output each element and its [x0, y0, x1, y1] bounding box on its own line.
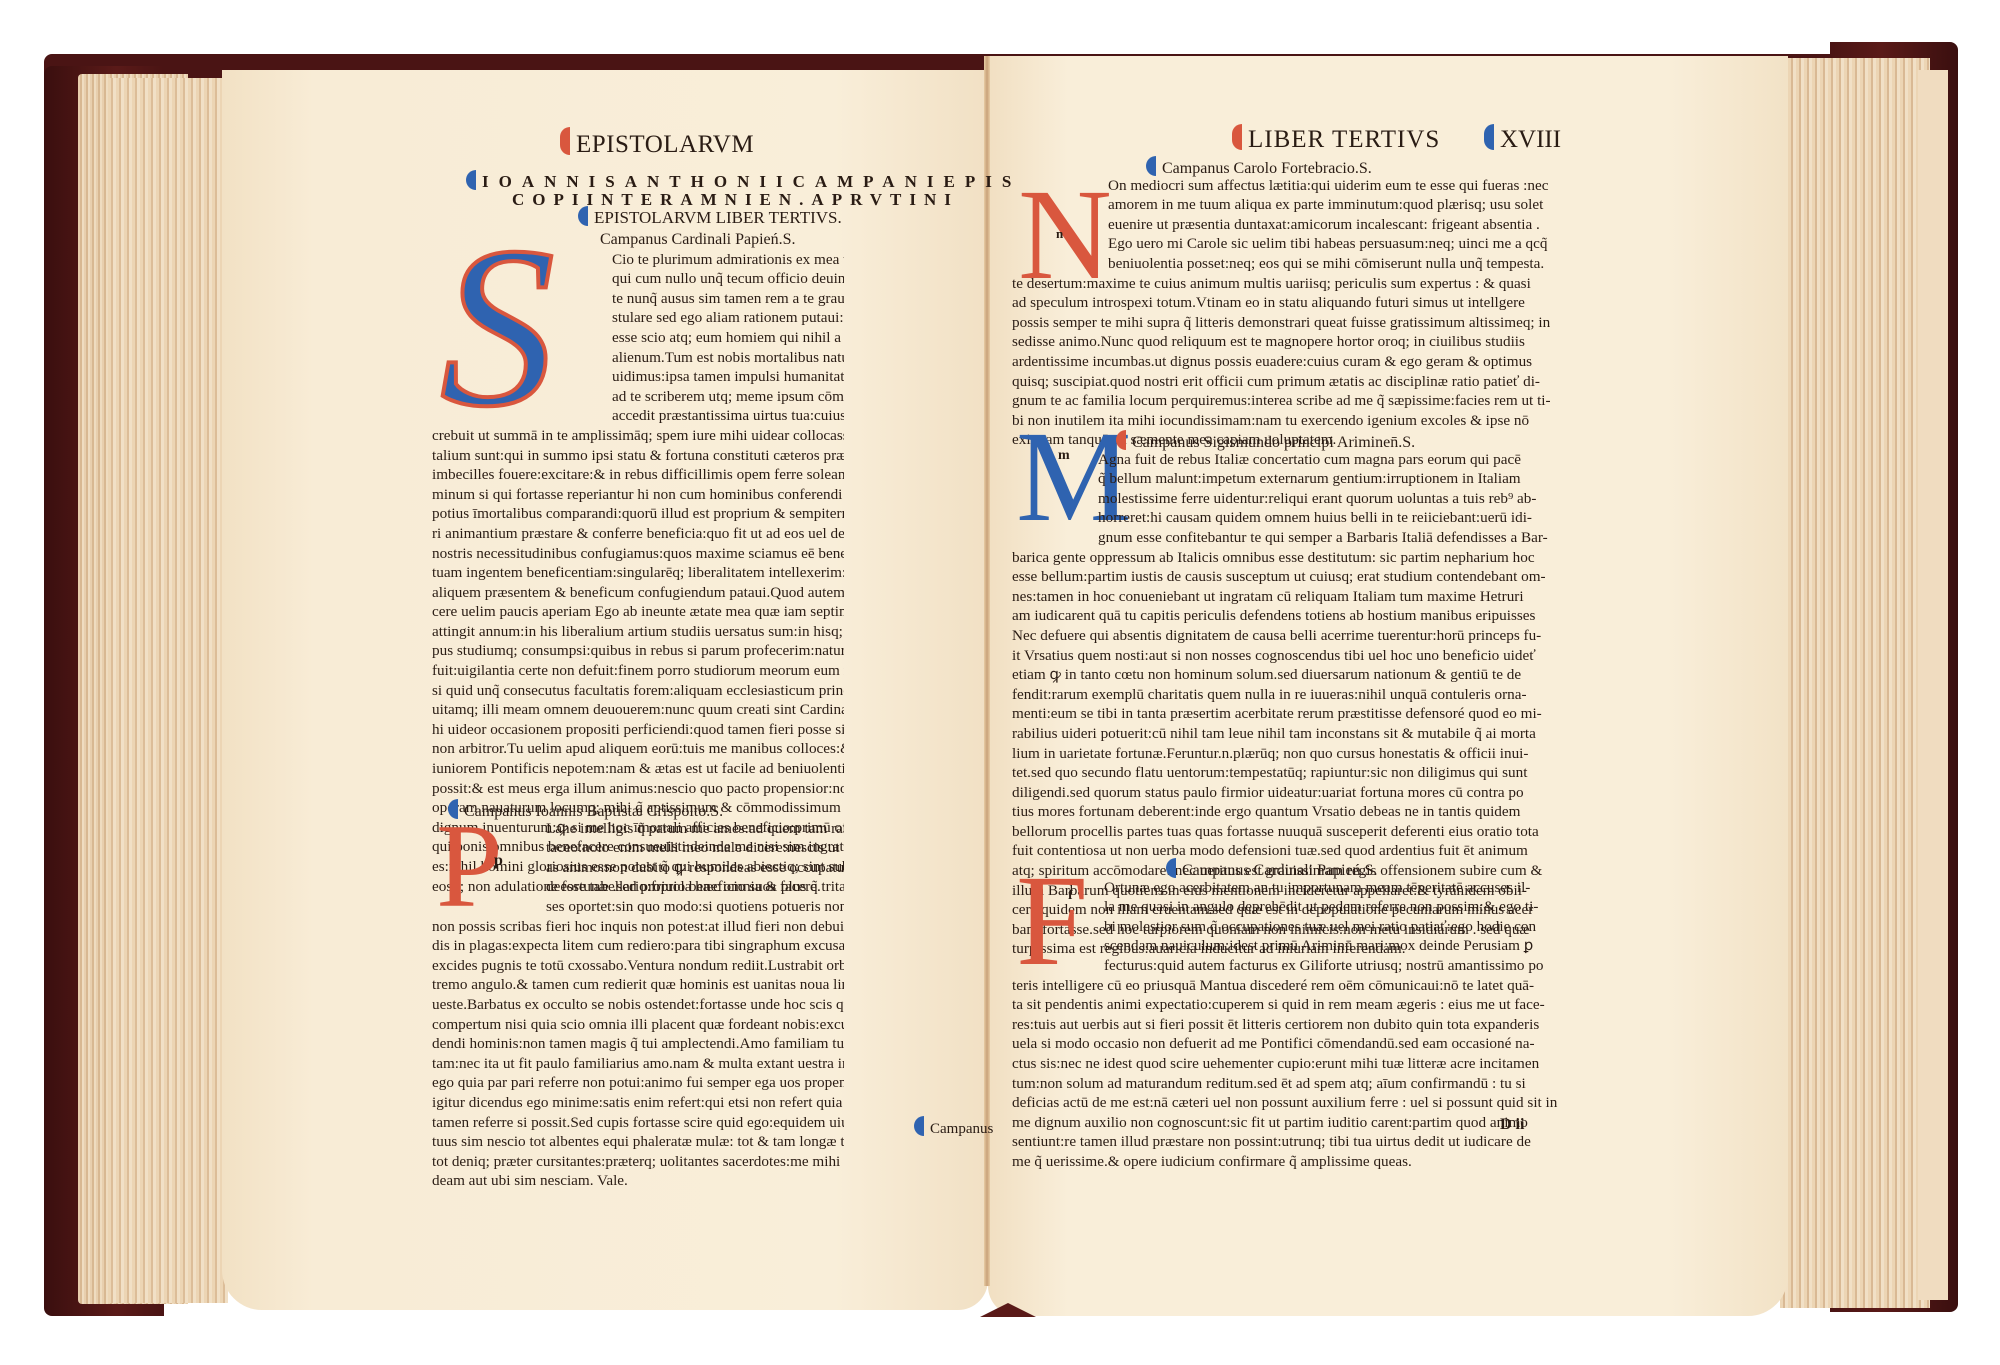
blue-paragraph-mark-icon: [578, 206, 588, 226]
text-line: pus studiumq; consumpsi:quibus in rebus …: [432, 641, 844, 661]
text-line: ctus sis:nec ne idest quod scire uehemen…: [1012, 1054, 1568, 1074]
text-line: lium in uarietate fortunæ.Feruntur.n.plæ…: [1012, 744, 1568, 764]
text-line: ueste.Barbatus ex occulto se nobis osten…: [432, 995, 844, 1015]
text-line: potius īmortalibus comparandi:quorū illu…: [432, 504, 844, 524]
blue-paragraph-mark-icon: [1166, 858, 1176, 878]
letter-heading: Campanus Ioannis Baptistæ Crispolto.S.: [432, 799, 844, 819]
text-line: res:tuis aut uerbis aut si fieri possit …: [1012, 1015, 1568, 1035]
text-line: am iudicarent quā tu capitis periculis d…: [1012, 606, 1568, 626]
text-line: deesse tabellario:friuola hæc omnia & pl…: [432, 877, 844, 897]
red-paragraph-mark-icon: [560, 127, 570, 155]
text-line: bi molestior sum q̃ occupationes tuæ.uel…: [1012, 917, 1568, 937]
blue-paragraph-mark-icon: [448, 799, 458, 819]
text-line: te nunq̃ ausus sim tamen rem a te grauem…: [432, 289, 844, 309]
text-line: minum si qui fortasse reperiantur hi non…: [432, 485, 844, 505]
text-line: attingit annum:in his liberalium artium …: [432, 622, 844, 642]
right-page-block-fore-edge: [1780, 58, 1930, 1308]
letter-heading: Campanus Cardinali Papień.S.: [432, 230, 844, 250]
text-line: ri animantium præstare & conferre benefi…: [432, 524, 844, 544]
text-line: ses oportet:sin quo modo:si quotiens pot…: [432, 897, 844, 917]
text-line: ad speculum introspexi totum.Vtinam eo i…: [1012, 293, 1568, 313]
text-line: accedit præstantissima uirtus tua:cuius …: [432, 406, 844, 426]
text-line: Cio te plurimum admirationis ex mea teme…: [432, 250, 844, 270]
blue-paragraph-mark-icon: [466, 170, 476, 190]
text-line: as animo:non dubito ꝙ respondeas esse oc…: [432, 858, 844, 878]
text-line: esse scio atq; eum homiem qui nihil a te…: [432, 328, 844, 348]
text-line: Ego uero mi Carole sic uelim tibi habeas…: [1012, 234, 1568, 254]
text-line: tet.sed quo secundo flatu uentorum:tempe…: [1012, 763, 1568, 783]
text-line: menti:eum se tibi in tanta præsertim ace…: [1012, 704, 1568, 724]
text-line: possis semper te mihi supra q̃ litteris …: [1012, 313, 1568, 333]
text-line: iuniorem Pontificis nepotem:nam & ætas e…: [432, 759, 844, 779]
folio-number: XVIII: [1484, 124, 1561, 154]
blue-paragraph-mark-icon: [914, 1116, 924, 1136]
text-line: tam:nec ita ut fit paulo familiarius amo…: [432, 1054, 844, 1074]
text-line: excides pugnis te totū cxossabo.Ventura …: [432, 956, 844, 976]
red-paragraph-mark-icon: [1232, 124, 1242, 150]
text-line: Nec defuere qui absentis dignitatem de c…: [1012, 626, 1568, 646]
text-line: hi uideor occasionem propositi perficien…: [432, 720, 844, 740]
text-line: compertum nisi quia scio omnia illi plac…: [432, 1015, 844, 1035]
text-line: crebuit ut summā in te amplissimāq; spem…: [432, 426, 844, 446]
text-line: quisq; suscipiat.quod nostri erit offici…: [1012, 372, 1568, 392]
text-line: imbecilles fouere:excitare:& in rebus di…: [432, 465, 844, 485]
right-running-head: LIBER TERTIVS: [1232, 124, 1440, 154]
left-letter-2: Campanus Ioannis Baptistæ Crispolto.S. L…: [432, 799, 844, 1191]
text-line: si quid unq̃ consecutus facultatis forem…: [432, 681, 844, 701]
text-line: amorem in me tuum aliqua ex parte imminu…: [1012, 195, 1568, 215]
text-line: dis in plagas:expecta litem cum rediero:…: [432, 936, 844, 956]
text-line: me dignum auxilio non cognoscunt:sic fit…: [1012, 1113, 1568, 1133]
text-line: Ortunæ ego acerbitatem an tu importunam …: [1012, 878, 1568, 898]
blue-paragraph-mark-icon: [1484, 124, 1494, 150]
text-line: diligendi.sed quorum status paulo firmio…: [1012, 783, 1568, 803]
text-line: etiam ꝙ in tanto cœtu non hominum solum.…: [1012, 665, 1568, 685]
text-line: Agna fuit de rebus Italiæ concertatio cu…: [1012, 450, 1568, 470]
left-running-head: EPISTOLARVM: [560, 127, 754, 159]
signature-mark: D ii: [1500, 1116, 1524, 1134]
text-line: ad te scriberem utq; meme ipsum cōmendar…: [432, 387, 844, 407]
text-line: tremo angulo.& tamen cum redierit quæ ho…: [432, 975, 844, 995]
text-line: q̃ bellum malunt:impetum externarum gent…: [1012, 469, 1568, 489]
text-line: talium sunt:qui in summo ipsi statu & fo…: [432, 446, 844, 466]
text-line: ta sit pendentis animi expectatio:cupere…: [1012, 995, 1568, 1015]
text-line: ego quia par pari referre non potui:anim…: [432, 1073, 844, 1093]
text-line: uitamq; illi meam omnem deuouerem:nunc q…: [432, 700, 844, 720]
right-endleaf: [1918, 70, 1948, 1300]
text-line: Lane intelligis q̃ parum me ames:ad quem…: [432, 819, 844, 839]
text-line: igitur dicendus ego minime:satis enim re…: [432, 1093, 844, 1113]
text-line: non arbitror.Tu uelim apud aliquem eorū:…: [432, 739, 844, 759]
text-line: dendi hominis:non tamen magis q̃ tui amp…: [432, 1034, 844, 1054]
text-line: sedisse animo.Nunc quod reliquum est te …: [1012, 332, 1568, 352]
text-line: deam aut ubi sim nesciam. Vale.: [432, 1171, 844, 1191]
text-line: nes:tamen in hoc conueniebant ut ingrata…: [1012, 587, 1568, 607]
text-line: esse bellum:partim iustis de causis susc…: [1012, 567, 1568, 587]
text-line: euenire ut præsentia duntaxat:amicorum i…: [1012, 215, 1568, 235]
catchword: Campanus: [914, 1116, 993, 1138]
text-line: me q̃ uerissime.& opere iudicium confirm…: [1012, 1152, 1568, 1172]
left-letter-1: Campanus Cardinali Papień.S. Cio te plur…: [432, 230, 844, 896]
text-line: tot deniq; præter cursitantes:præterq; u…: [432, 1152, 844, 1172]
text-line: gnum esse confitebantur te qui semper a …: [1012, 528, 1568, 548]
text-line: la me quasi in angulo deprehēdit ut pede…: [1012, 897, 1568, 917]
text-line: horreret:hi causam quidem omnem huius be…: [1012, 508, 1568, 528]
text-line: On mediocri sum affectus lætitia:qui uid…: [1012, 176, 1568, 196]
text-line: uela si modo occasio non defuerit ad me …: [1012, 1034, 1568, 1054]
text-line: fuit:uigilantia certe non defuit:finem p…: [432, 661, 844, 681]
text-line: teris intelligere cū eo priusquā Mantua …: [1012, 976, 1568, 996]
letter-heading: Campanus Sigismundo principi Ariminen̄.S…: [1012, 430, 1568, 450]
text-line: non possis scribas fieri hoc inquis non …: [432, 917, 844, 937]
letter-heading: Campanus Carolo Fortebracio.S.: [1012, 156, 1568, 176]
left-title-line-1: IOANNISANTHONIICAMPANIEPIS: [466, 170, 1021, 192]
text-line: tuus sim nescio tot albentes equi phaler…: [432, 1132, 844, 1152]
left-title-line-3: EPISTOLARVM LIBER TERTIVS.: [578, 206, 842, 228]
text-line: tum:non solum ad maturandum reditum.sed …: [1012, 1074, 1568, 1094]
text-line: nostris necessitudinibus confugiamus:quo…: [432, 544, 844, 564]
text-line: qui cum nullo unq̃ tecum officio deuinct…: [432, 269, 844, 289]
text-line: ardentissime incumbas.ut dignus possis e…: [1012, 352, 1568, 372]
text-line: tamen referre si possit.Sed cupis fortas…: [432, 1113, 844, 1133]
text-line: cere uelim paucis aperiam Ego ab ineunte…: [432, 602, 844, 622]
blue-paragraph-mark-icon: [1146, 156, 1156, 176]
red-paragraph-mark-icon: [1116, 430, 1126, 450]
text-line: alienum.Tum est nobis mortalibus natura …: [432, 348, 844, 368]
text-line: possit:& est meus erga illum animus:nesc…: [432, 779, 844, 799]
text-line: uidimus:ipsa tamen impulsi humanitate di…: [432, 367, 844, 387]
text-line: fendit:rarum exemplū charitatis quem nul…: [1012, 685, 1568, 705]
text-line: deficias actū de me est:nā cæteri uel no…: [1012, 1093, 1568, 1113]
text-line: molestissime ferre uidentur:reliqui eran…: [1012, 489, 1568, 509]
text-line: tuam ingentem beneficentiam:singularēq; …: [432, 563, 844, 583]
text-line: barica gente oppressum ab Italicis omnib…: [1012, 548, 1568, 568]
text-line: bellorum procellis partes tuas quas fort…: [1012, 822, 1568, 842]
text-line: te desertum:maxime te cuius animum multi…: [1012, 274, 1568, 294]
text-line: it Vrsatius quem nosti:aut si non nosses…: [1012, 646, 1568, 666]
text-line: taceo:nolo enim melli meo male dicere:ne…: [432, 838, 844, 858]
text-line: sentiunt:re tamen illud præstare non pos…: [1012, 1132, 1568, 1152]
letter-heading: Campanus Cardinali Papień.S.: [1012, 858, 1568, 878]
text-line: fecturus:quid autem facturus ex Gilifort…: [1012, 956, 1568, 976]
left-page-block-fore-edge: [108, 78, 228, 1303]
text-line: tius mores fortunam deberent:inde ergo q…: [1012, 802, 1568, 822]
text-line: aliquem præsentem & beneficum confugiend…: [432, 583, 844, 603]
gutter: [984, 56, 990, 1286]
right-letter-3: Campanus Cardinali Papień.S. Ortunæ ego …: [1012, 858, 1568, 1172]
text-line: rabilius uideri potuerit:cū nihil tam le…: [1012, 724, 1568, 744]
text-line: beniuolentia posset:neq; eos qui se mihi…: [1012, 254, 1568, 274]
text-line: stulare sed ego aliam rationem putaui:si…: [432, 308, 844, 328]
spine-foot: [980, 1303, 1036, 1317]
text-line: scendam nauiculum:idest primū Ariminū ma…: [1012, 936, 1568, 956]
